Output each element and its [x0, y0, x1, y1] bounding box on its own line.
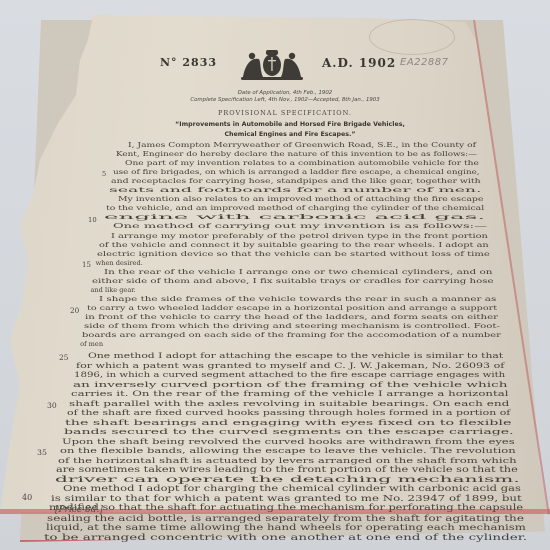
body-line: Kent, Engineer do hereby declare the nat…: [116, 150, 477, 158]
body-line: I shape the side frames of the vehicle t…: [99, 295, 496, 303]
body-line: and like gear.: [90, 286, 135, 294]
body-line: My invention also relates to an improved…: [118, 195, 483, 203]
body-line: to be arranged concentric with one anoth…: [44, 532, 527, 542]
patent-title: “Improvements in Automobile and Horsed F…: [125, 120, 455, 140]
body-line: carries it. On the rear of the framing o…: [71, 389, 508, 398]
body-line: of men: [80, 340, 103, 348]
line-number: 40: [22, 493, 32, 502]
body-line: Upon the shaft being revolved the curved…: [62, 437, 515, 446]
body-line: of the shaft are fixed curved hooks pass…: [67, 408, 510, 417]
line-number: 25: [59, 353, 68, 362]
faded-stamp: [369, 19, 455, 55]
body-line: bands secured to the curved segments on …: [64, 427, 514, 436]
body-line: to the vehicle, and an improved method o…: [106, 204, 484, 212]
body-line: One method I adopt for attaching the esc…: [88, 351, 503, 360]
body-line: use of fire brigades, on which is arrang…: [113, 168, 480, 176]
body-line: electric ignition device so that the veh…: [97, 250, 490, 258]
body-line: One method of carrying out my invention …: [113, 222, 487, 230]
body-line: boards are arranged on each side of the …: [82, 331, 501, 339]
body-line: sealing the acid bottle, is arranged sep…: [47, 513, 524, 523]
title-line: “Improvements in Automobile and Horsed F…: [125, 120, 455, 130]
line-number: 20: [70, 306, 79, 315]
body-line: in front of the vehicle to carry the hea…: [85, 313, 498, 321]
body-line: shaft parallel with the axles revolving …: [69, 399, 509, 408]
line-number: 10: [88, 216, 97, 224]
body-line: liquid, at the same time allowing the ha…: [46, 522, 526, 532]
body-line: of the horizontal shaft is actuated by l…: [58, 456, 517, 465]
body-line: seats and footboards for a number of men…: [109, 186, 481, 194]
body-line: either side of them and above, I fix sui…: [92, 277, 494, 285]
body-line: and receptacles for carrying hose, stand…: [111, 177, 481, 185]
body-line: for which a patent was granted to myself…: [76, 361, 504, 370]
price-label: [Price 8d.]: [55, 505, 103, 515]
body-line: I, James Compton Merryweather of Greenwi…: [128, 141, 476, 149]
handwritten-reference: EA22887: [400, 57, 448, 68]
line-number: 5: [102, 170, 106, 178]
body-line: the shaft bearings and engaging with eye…: [65, 418, 511, 427]
royal-coat-of-arms-icon: [235, 47, 309, 82]
document-content: EA22887 N° 2833 A.D. 1902 Date of Applic…: [0, 0, 550, 550]
body-line: driver can operate the detaching mechani…: [55, 475, 520, 484]
specification-dates: Complete Specification Left, 4th Nov., 1…: [100, 97, 470, 103]
body-line: of the vehicle and connect it by suitabl…: [99, 241, 489, 249]
patent-year: A.D. 1902: [322, 56, 396, 70]
body-line: One method I adopt for charging the chem…: [63, 484, 521, 493]
patent-number: N° 2833: [160, 56, 217, 69]
section-heading: PROVISIONAL SPECIFICATION.: [100, 109, 470, 117]
body-line: an inversely curved portion of the frami…: [73, 380, 507, 389]
body-line: to carry a two wheeled ladder escape in …: [87, 304, 497, 312]
body-line: are sometimes taken wires leading to the…: [56, 465, 518, 474]
body-line: I arrange my motor preferably of the pet…: [111, 232, 488, 240]
body-line: 1896, in which a curved segment attached…: [74, 370, 505, 379]
title-line: Chemical Engines and Fire Escapes.”: [125, 130, 455, 140]
application-date: Date of Application, 4th Feb., 1902: [100, 90, 470, 96]
body-line: on the flexible bands, allowing the esca…: [60, 446, 516, 455]
body-line: modified so that the shaft for actuating…: [49, 503, 523, 512]
body-line: when desired.: [96, 259, 143, 267]
body-line: One part of my invention relates to a co…: [125, 159, 479, 167]
line-number: 15: [82, 261, 91, 269]
body-line: engine with carbonic acid gas.: [104, 213, 485, 221]
line-number: 30: [47, 401, 57, 410]
body-line: is similar to that for which a patent wa…: [51, 494, 522, 503]
body-line: side of them from which the driving and …: [84, 322, 500, 330]
body-line: In the rear of the vehicle I arrange one…: [104, 268, 492, 276]
line-number: 35: [37, 448, 47, 457]
